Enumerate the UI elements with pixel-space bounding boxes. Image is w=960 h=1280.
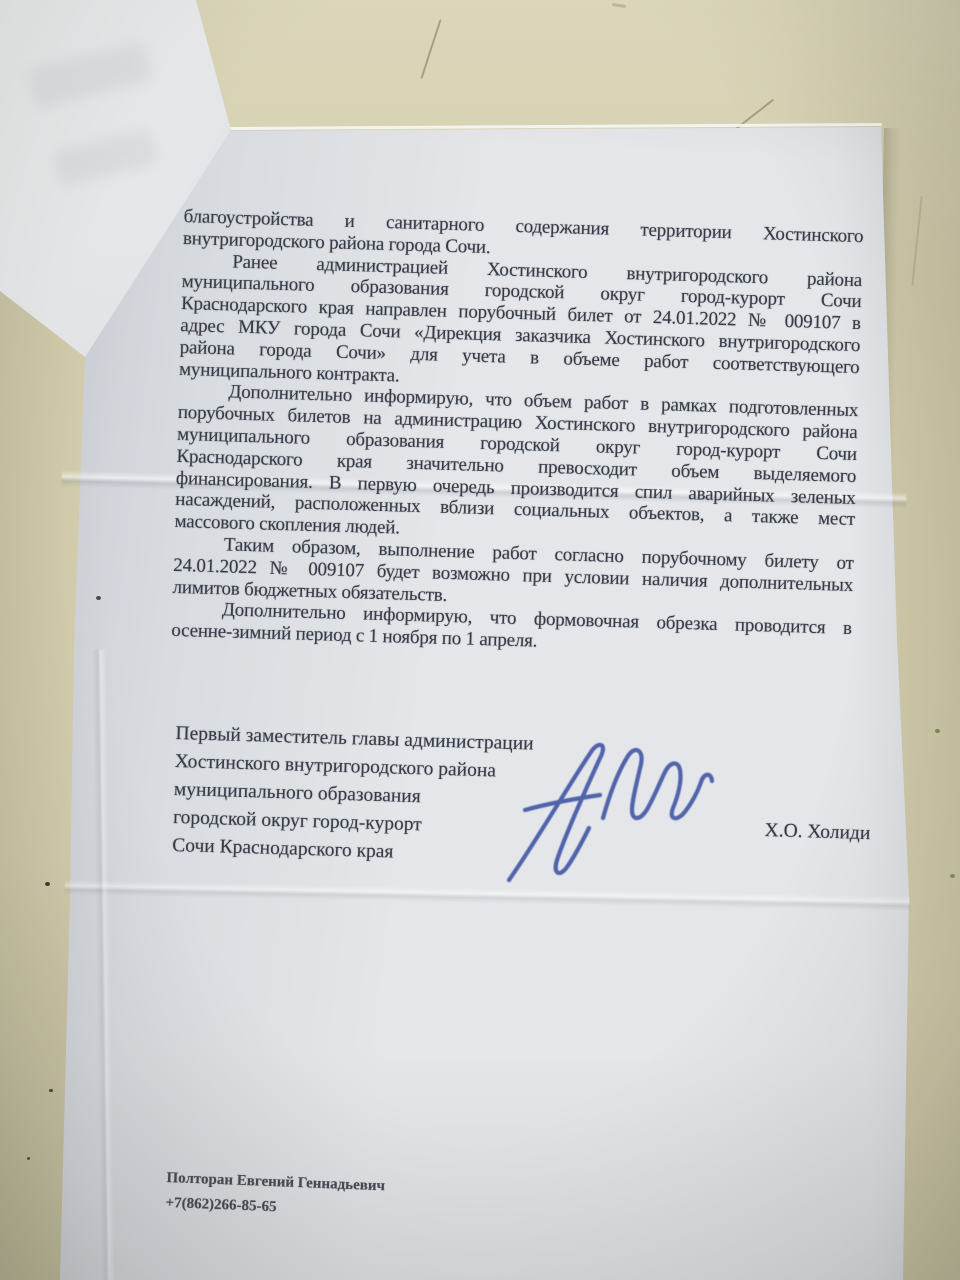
background-speck-2 — [49, 1089, 53, 1092]
background-speck-1 — [45, 882, 50, 886]
background-speck-green-2 — [950, 874, 955, 878]
paper-speck — [96, 596, 101, 600]
signature-stroke-left — [509, 745, 603, 880]
background-speck-green-1 — [935, 729, 940, 733]
document-body-text: благоустройства и санитарного содержания… — [171, 206, 864, 662]
background-speck-3 — [27, 1157, 30, 1160]
signer-name: Х.О. Холиди — [764, 820, 870, 845]
bleed-through-smudge-2 — [52, 128, 158, 187]
signature-stroke-right — [603, 750, 712, 818]
signature-ink — [495, 728, 735, 893]
bleed-through-smudge-1 — [27, 41, 153, 109]
